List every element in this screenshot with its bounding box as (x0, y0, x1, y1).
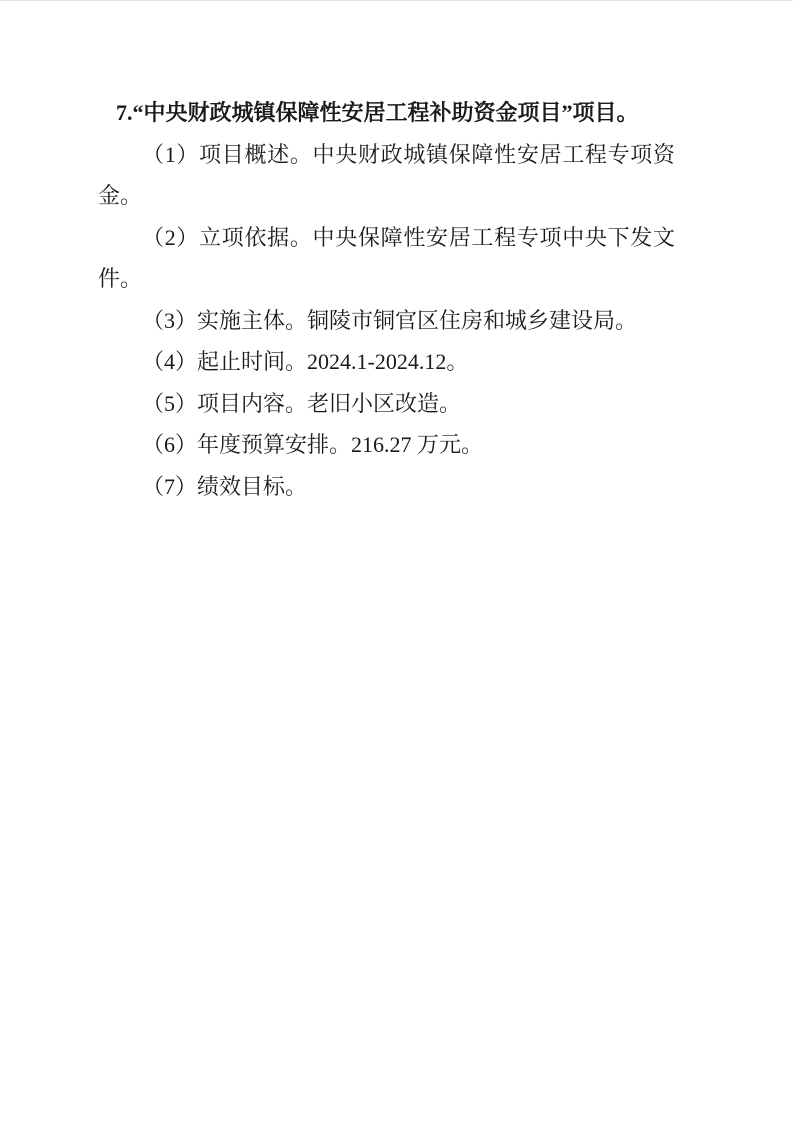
paragraph-approval-basis: （2）立项依据。中央保障性安居工程专项中央下发文件。 (98, 217, 675, 300)
paragraph-implementing-body: （3）实施主体。铜陵市铜官区住房和城乡建设局。 (98, 300, 675, 342)
paragraph-performance-goal: （7）绩效目标。 (98, 466, 675, 508)
paragraph-project-content: （5）项目内容。老旧小区改造。 (98, 383, 675, 425)
document-content: 7.“中央财政城镇保障性安居工程补助资金项目”项目。 （1）项目概述。中央财政城… (0, 1, 793, 507)
document-page: 7.“中央财政城镇保障性安居工程补助资金项目”项目。 （1）项目概述。中央财政城… (0, 0, 793, 1122)
paragraph-project-overview: （1）项目概述。中央财政城镇保障性安居工程专项资金。 (98, 134, 675, 217)
section-heading: 7.“中央财政城镇保障性安居工程补助资金项目”项目。 (98, 92, 675, 134)
paragraph-annual-budget: （6）年度预算安排。216.27 万元。 (98, 424, 675, 466)
paragraph-time-range: （4）起止时间。2024.1-2024.12。 (98, 341, 675, 383)
